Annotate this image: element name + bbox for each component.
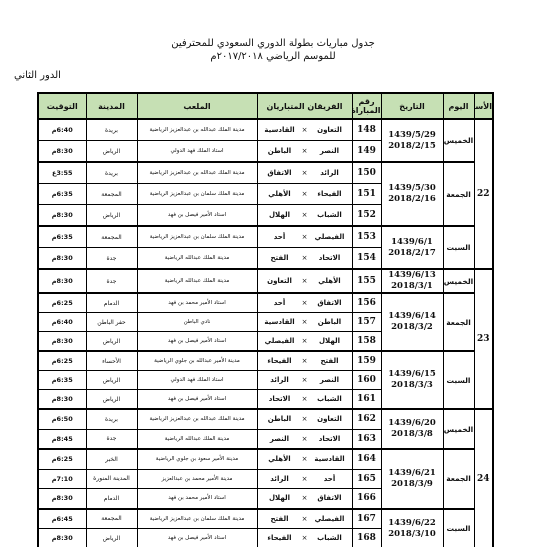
- match-teams: الباطن×القادسية: [257, 313, 352, 332]
- match-city: الرياض: [86, 390, 137, 410]
- gregorian-date: 2018/2/17: [382, 248, 443, 259]
- versus-icon: ×: [298, 318, 312, 326]
- hijri-date: 1439/6/1: [382, 237, 443, 248]
- versus-icon: ×: [298, 190, 312, 198]
- match-stadium: استاد الملك فهد الدولي: [137, 371, 257, 390]
- match-city: الدمام: [86, 293, 137, 313]
- day-name: الخميس: [443, 119, 474, 162]
- day-name: السبت: [443, 351, 474, 409]
- match-teams: النصر×الرائد: [257, 371, 352, 390]
- away-team: القادسية: [262, 318, 298, 326]
- match-row: الجمعة1439/5/302018/2/16150الرائد×الاتفا…: [38, 162, 493, 184]
- match-city: المجمعة: [86, 509, 137, 529]
- match-time: 6:50م: [38, 409, 86, 429]
- match-teams: القادسية×الأهلي: [257, 449, 352, 469]
- home-team: الشباب: [312, 395, 348, 403]
- versus-icon: ×: [298, 435, 312, 443]
- home-team: النصر: [312, 147, 348, 155]
- away-team: الفتح: [262, 254, 298, 262]
- match-time: 8:30م: [38, 269, 86, 293]
- match-stadium: استاد الأمير فيصل بن فهد: [137, 529, 257, 547]
- day-name: الجمعة: [443, 449, 474, 509]
- hijri-date: 1439/6/14: [382, 311, 443, 322]
- versus-icon: ×: [298, 357, 312, 365]
- match-stadium: مدينة الملك سلمان بن عبدالعزيز الرياضية: [137, 509, 257, 529]
- home-team: الاتفاق: [312, 494, 348, 502]
- week-number: 23: [474, 269, 493, 409]
- match-teams: الفيحاء×الأهلي: [257, 184, 352, 205]
- match-city: بريدة: [86, 162, 137, 184]
- match-time: 8:45م: [38, 429, 86, 449]
- match-number: 162: [352, 409, 381, 429]
- match-stadium: مدينة الملك عبدالله الرياضية: [137, 269, 257, 293]
- away-team: الفيحاء: [262, 357, 298, 365]
- match-date: 1439/5/292018/2/15: [381, 119, 443, 162]
- versus-icon: ×: [298, 147, 312, 155]
- match-number: 164: [352, 449, 381, 469]
- versus-icon: ×: [298, 299, 312, 307]
- match-city: المجمعة: [86, 184, 137, 205]
- away-team: أحد: [262, 299, 298, 307]
- versus-icon: ×: [298, 415, 312, 423]
- match-row: السبت1439/6/152018/3/3159الفتح×الفيحاءمد…: [38, 351, 493, 371]
- day-name: السبت: [443, 509, 474, 547]
- match-stadium: مدينة الأمير محمد بن عبدالعزيز: [137, 469, 257, 489]
- match-date: 1439/6/132018/3/1: [381, 269, 443, 293]
- match-time: 8:30م: [38, 529, 86, 547]
- match-teams: الفتح×الفيحاء: [257, 351, 352, 371]
- match-time: 8:30م: [38, 390, 86, 410]
- match-stadium: مدينة الملك عبدالله بن عبدالعزيز الرياضي…: [137, 162, 257, 184]
- match-stadium: مدينة الملك عبدالله بن عبدالعزيز الرياضي…: [137, 409, 257, 429]
- match-stadium: مدينة الملك عبدالله بن عبدالعزيز الرياضي…: [137, 119, 257, 141]
- hijri-date: 1439/5/30: [382, 183, 443, 194]
- gregorian-date: 2018/3/8: [382, 429, 443, 440]
- header-week: الأسبوع: [474, 93, 493, 119]
- schedule-body: 22الخميس1439/5/292018/2/15148التعاون×الق…: [38, 119, 493, 547]
- match-teams: الاتفاق×الهلال: [257, 489, 352, 509]
- home-team: الباطن: [312, 318, 348, 326]
- gregorian-date: 2018/3/1: [382, 281, 443, 292]
- match-date: 1439/5/302018/2/16: [381, 162, 443, 226]
- match-stadium: نادي الباطن: [137, 313, 257, 332]
- match-number: 168: [352, 529, 381, 547]
- match-date: 1439/6/152018/3/3: [381, 351, 443, 409]
- home-team: القادسية: [312, 455, 348, 463]
- away-team: الفيصلي: [262, 337, 298, 345]
- match-stadium: استاد الأمير محمد بن فهد: [137, 489, 257, 509]
- match-teams: الفيصلي×أحد: [257, 226, 352, 248]
- away-team: الباطن: [262, 415, 298, 423]
- week-number: 24: [474, 409, 493, 547]
- title-line-2: للموسم الرياضي ٢٠١٧/٢٠١٨م: [0, 50, 546, 63]
- match-number: 157: [352, 313, 381, 332]
- home-team: الاتحاد: [312, 254, 348, 262]
- header-teams: الفريقان المتباريان: [257, 93, 352, 119]
- match-city: الرياض: [86, 371, 137, 390]
- versus-icon: ×: [298, 211, 312, 219]
- versus-icon: ×: [298, 475, 312, 483]
- match-number: 155: [352, 269, 381, 293]
- hijri-date: 1439/6/20: [382, 418, 443, 429]
- match-stadium: استاد الأمير فيصل بن فهد: [137, 390, 257, 410]
- day-name: السبت: [443, 226, 474, 269]
- home-team: التعاون: [312, 415, 348, 423]
- gregorian-date: 2018/3/2: [382, 322, 443, 333]
- match-city: الرياض: [86, 205, 137, 227]
- match-stadium: مدينة الملك عبدالله الرياضية: [137, 248, 257, 270]
- match-date: 1439/6/222018/3/10: [381, 509, 443, 547]
- match-teams: التعاون×الباطن: [257, 409, 352, 429]
- match-number: 152: [352, 205, 381, 227]
- header-stadium: الملعب: [137, 93, 257, 119]
- home-team: الرائد: [312, 169, 348, 177]
- match-stadium: استاد الأمير محمد بن فهد: [137, 293, 257, 313]
- away-team: القادسية: [262, 126, 298, 134]
- hijri-date: 1439/6/13: [382, 270, 443, 281]
- away-team: الرائد: [262, 376, 298, 384]
- match-row: 24الخميس1439/6/202018/3/8162التعاون×البا…: [38, 409, 493, 429]
- home-team: الفيصلي: [312, 515, 348, 523]
- match-time: 6:35م: [38, 371, 86, 390]
- away-team: الأهلي: [262, 455, 298, 463]
- match-number: 153: [352, 226, 381, 248]
- match-number: 149: [352, 141, 381, 163]
- match-city: جدة: [86, 429, 137, 449]
- match-teams: الأهلي×التعاون: [257, 269, 352, 293]
- match-city: الرياض: [86, 141, 137, 163]
- header-time: التوقيت: [38, 93, 86, 119]
- away-team: الهلال: [262, 211, 298, 219]
- match-time: 6:40م: [38, 119, 86, 141]
- gregorian-date: 2018/3/3: [382, 380, 443, 391]
- match-city: بريدة: [86, 119, 137, 141]
- schedule-table: الأسبوع اليوم التاريخ رقم المباراة الفري…: [37, 92, 494, 547]
- match-teams: الاتحاد×الفتح: [257, 248, 352, 270]
- match-number: 166: [352, 489, 381, 509]
- match-city: جدة: [86, 248, 137, 270]
- match-row: السبت1439/6/12018/2/17153الفيصلي×أحدمدين…: [38, 226, 493, 248]
- day-name: الجمعة: [443, 162, 474, 226]
- match-number: 167: [352, 509, 381, 529]
- hijri-date: 1439/5/29: [382, 130, 443, 141]
- gregorian-date: 2018/3/9: [382, 479, 443, 490]
- document-title: جدول مباريات بطولة الدوري السعودي للمحتر…: [0, 37, 546, 63]
- match-number: 150: [352, 162, 381, 184]
- match-city: الأحساء: [86, 351, 137, 371]
- match-date: 1439/6/12018/2/17: [381, 226, 443, 269]
- day-name: الجمعة: [443, 293, 474, 351]
- match-stadium: مدينة الملك سلمان بن عبدالعزيز الرياضية: [137, 184, 257, 205]
- versus-icon: ×: [298, 233, 312, 241]
- versus-icon: ×: [298, 169, 312, 177]
- away-team: الفتح: [262, 515, 298, 523]
- match-time: 3:55ع: [38, 162, 86, 184]
- away-team: الهلال: [262, 494, 298, 502]
- day-name: الخميس: [443, 269, 474, 293]
- match-stadium: استاد الملك فهد الدولي: [137, 141, 257, 163]
- versus-icon: ×: [298, 515, 312, 523]
- header-city: المدينة: [86, 93, 137, 119]
- match-time: 8:30م: [38, 141, 86, 163]
- home-team: التعاون: [312, 126, 348, 134]
- hijri-date: 1439/6/22: [382, 518, 443, 529]
- match-row: الجمعة1439/6/212018/3/9164القادسية×الأهل…: [38, 449, 493, 469]
- home-team: النصر: [312, 376, 348, 384]
- match-time: 6:25م: [38, 351, 86, 371]
- match-time: 8:30م: [38, 489, 86, 509]
- away-team: الرائد: [262, 475, 298, 483]
- home-team: الشباب: [312, 211, 348, 219]
- away-team: الباطن: [262, 147, 298, 155]
- versus-icon: ×: [298, 254, 312, 262]
- match-date: 1439/6/202018/3/8: [381, 409, 443, 449]
- match-teams: الفيصلي×الفتح: [257, 509, 352, 529]
- match-time: 8:30م: [38, 248, 86, 270]
- away-team: أحد: [262, 233, 298, 241]
- versus-icon: ×: [298, 337, 312, 345]
- match-row: 22الخميس1439/5/292018/2/15148التعاون×الق…: [38, 119, 493, 141]
- match-date: 1439/6/142018/3/2: [381, 293, 443, 351]
- match-teams: الاتحاد×النصر: [257, 429, 352, 449]
- versus-icon: ×: [298, 534, 312, 542]
- match-number: 156: [352, 293, 381, 313]
- match-number: 158: [352, 332, 381, 352]
- header-row: الأسبوع اليوم التاريخ رقم المباراة الفري…: [38, 93, 493, 119]
- match-number: 148: [352, 119, 381, 141]
- match-stadium: مدينة الملك سلمان بن عبدالعزيز الرياضية: [137, 226, 257, 248]
- match-stadium: مدينة الأمير سعود بن جلوي الرياضية: [137, 449, 257, 469]
- home-team: الفيحاء: [312, 190, 348, 198]
- match-number: 163: [352, 429, 381, 449]
- match-city: بريدة: [86, 409, 137, 429]
- away-team: الاتفاق: [262, 169, 298, 177]
- match-date: 1439/6/212018/3/9: [381, 449, 443, 509]
- hijri-date: 1439/6/21: [382, 468, 443, 479]
- match-number: 161: [352, 390, 381, 410]
- match-stadium: استاد الأمير فيصل بن فهد: [137, 205, 257, 227]
- match-row: 23الخميس1439/6/132018/3/1155الأهلي×التعا…: [38, 269, 493, 293]
- match-number: 151: [352, 184, 381, 205]
- day-name: الخميس: [443, 409, 474, 449]
- match-teams: الاتفاق×أحد: [257, 293, 352, 313]
- home-team: الفيصلي: [312, 233, 348, 241]
- gregorian-date: 2018/2/15: [382, 141, 443, 152]
- home-team: الاتحاد: [312, 435, 348, 443]
- match-row: السبت1439/6/222018/3/10167الفيصلي×الفتحم…: [38, 509, 493, 529]
- away-team: الاتحاد: [262, 395, 298, 403]
- title-line-1: جدول مباريات بطولة الدوري السعودي للمحتر…: [0, 37, 546, 50]
- hijri-date: 1439/6/15: [382, 369, 443, 380]
- match-city: الدمام: [86, 489, 137, 509]
- away-team: النصر: [262, 435, 298, 443]
- match-number: 159: [352, 351, 381, 371]
- match-time: 6:45م: [38, 509, 86, 529]
- match-city: المجمعة: [86, 226, 137, 248]
- away-team: الأهلي: [262, 190, 298, 198]
- match-time: 6:25م: [38, 449, 86, 469]
- match-time: 8:30م: [38, 205, 86, 227]
- match-stadium: مدينة الأمير عبدالله بن جلوي الرياضية: [137, 351, 257, 371]
- versus-icon: ×: [298, 494, 312, 502]
- match-teams: الشباب×الهلال: [257, 205, 352, 227]
- match-time: 8:30م: [38, 332, 86, 352]
- match-city: جدة: [86, 269, 137, 293]
- match-teams: الشباب×الفيحاء: [257, 529, 352, 547]
- match-teams: أحد×الرائد: [257, 469, 352, 489]
- round-label: الدور الثاني: [14, 70, 61, 81]
- match-stadium: استاد الأمير فيصل بن فهد: [137, 332, 257, 352]
- match-time: 6:35م: [38, 226, 86, 248]
- versus-icon: ×: [298, 126, 312, 134]
- versus-icon: ×: [298, 277, 312, 285]
- header-date: التاريخ: [381, 93, 443, 119]
- header-day: اليوم: [443, 93, 474, 119]
- match-teams: الهلال×الفيصلي: [257, 332, 352, 352]
- match-teams: التعاون×القادسية: [257, 119, 352, 141]
- match-number: 160: [352, 371, 381, 390]
- home-team: الفتح: [312, 357, 348, 365]
- match-city: الخبر: [86, 449, 137, 469]
- versus-icon: ×: [298, 395, 312, 403]
- match-number: 165: [352, 469, 381, 489]
- match-time: 6:40م: [38, 313, 86, 332]
- match-stadium: مدينة الملك عبدالله الرياضية: [137, 429, 257, 449]
- match-row: الجمعة1439/6/142018/3/2156الاتفاق×أحداست…: [38, 293, 493, 313]
- home-team: أحد: [312, 475, 348, 483]
- versus-icon: ×: [298, 455, 312, 463]
- match-time: 6:35م: [38, 184, 86, 205]
- match-teams: النصر×الباطن: [257, 141, 352, 163]
- home-team: الشباب: [312, 534, 348, 542]
- week-number: 22: [474, 119, 493, 269]
- match-number: 154: [352, 248, 381, 270]
- match-city: المدينة المنورة: [86, 469, 137, 489]
- match-city: الرياض: [86, 332, 137, 352]
- home-team: الأهلي: [312, 277, 348, 285]
- away-team: الفيحاء: [262, 534, 298, 542]
- versus-icon: ×: [298, 376, 312, 384]
- gregorian-date: 2018/3/10: [382, 529, 443, 540]
- match-teams: الشباب×الاتحاد: [257, 390, 352, 410]
- match-teams: الرائد×الاتفاق: [257, 162, 352, 184]
- match-city: حفر الباطن: [86, 313, 137, 332]
- away-team: التعاون: [262, 277, 298, 285]
- home-team: الهلال: [312, 337, 348, 345]
- gregorian-date: 2018/2/16: [382, 194, 443, 205]
- match-time: 6:25م: [38, 293, 86, 313]
- match-city: الرياض: [86, 529, 137, 547]
- header-match-no: رقم المباراة: [352, 93, 381, 119]
- match-time: 7:10م: [38, 469, 86, 489]
- home-team: الاتفاق: [312, 299, 348, 307]
